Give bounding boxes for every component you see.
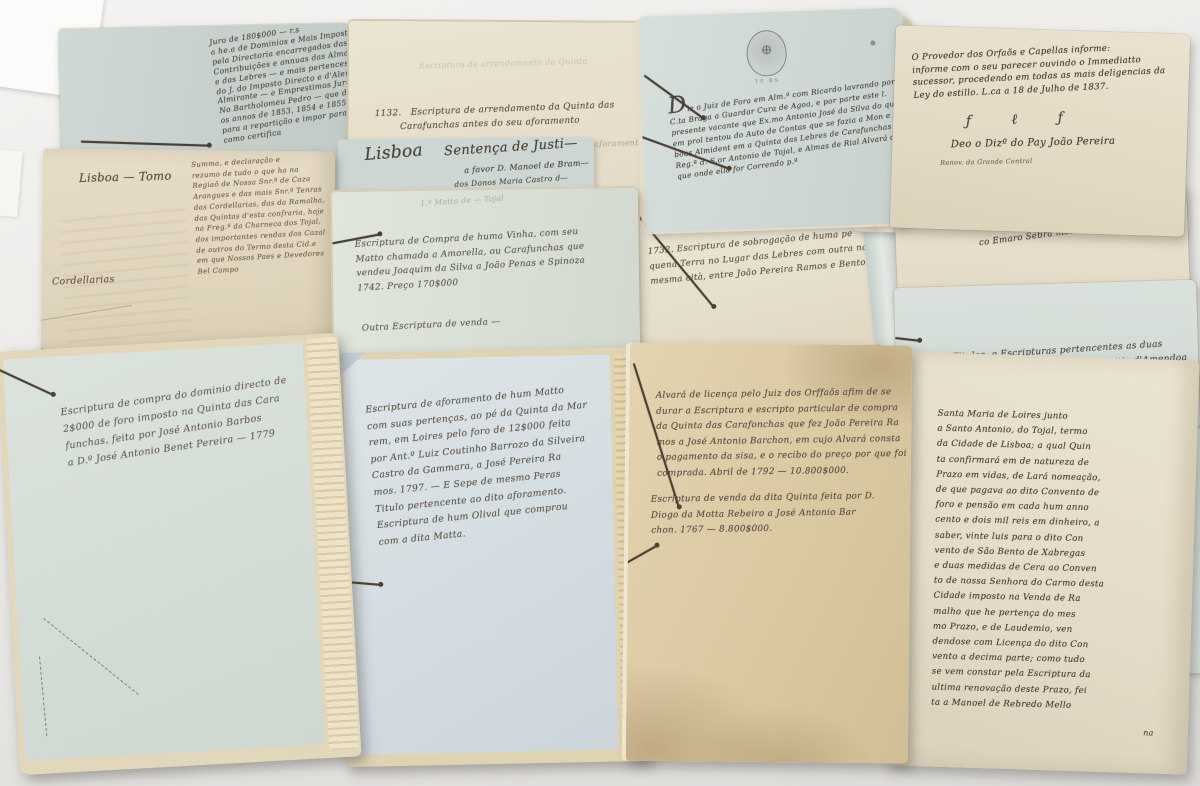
manuscript-lisboa-tomo-cream: Lisboa — Tomo Cordellarias Summa, e decl…: [41, 148, 335, 365]
header-line: Lisboa — Tomo: [79, 169, 172, 185]
bleedthrough-text: Escriptura de arrendamento da Quinta: [419, 55, 639, 70]
handwriting-block: Diz o Juiz de Fora em Alm.ª com Ricardo …: [667, 72, 902, 182]
handwriting-block: Escriptura de aforamento de hum Matto co…: [365, 376, 643, 551]
manuscript-dominio-blue: Escriptura de compra do dominio directo …: [0, 333, 362, 775]
photo-of-manuscripts: Juro de 180$000 — r.s a he.a de Dominios…: [0, 0, 1200, 786]
binding-thread: [626, 545, 657, 566]
signature-line: Deo o Dizº do Pay João Pereira: [951, 136, 1116, 150]
corner-fold: [338, 352, 368, 379]
handwriting-block: Santa Maria de Loires junto a Santo Anto…: [931, 407, 1166, 716]
handwriting-block: Escriptura de Compra de huma Vinha, com …: [354, 222, 629, 296]
signature-subscript: Renov. da Grande Central: [940, 157, 1032, 167]
manuscript-alvara-tan: Alvará de licença pelo Juiz dos Orffaõs …: [626, 343, 912, 764]
faint-header: 1.ª Matta de — Tojal: [420, 193, 504, 208]
place-word: Lisboa: [364, 140, 424, 165]
seal-caption: 10 RS: [743, 77, 793, 85]
punch-hole: [870, 40, 875, 45]
manuscript-provedor-cream: O Provedor dos Orfaõs e Capellas informe…: [890, 25, 1190, 236]
paper-seal-stamp: ⊕ 10 RS: [741, 29, 793, 85]
manuscript-sealed-blue: ⊕ 10 RS Diz o Juiz de Fora em Alm.ª com …: [638, 7, 909, 232]
binding-thread: [894, 336, 919, 341]
handwriting-block: Juro de 180$000 — r.s a he.a de Dominios…: [209, 23, 356, 146]
handwriting-block: 1132. Escriptura de arrendamento da Quin…: [375, 97, 644, 135]
handwriting-block: Escriptura de venda da dita Quinta feita…: [651, 489, 894, 540]
handwriting-block: 1732. Escriptura de sobrogação de huma p…: [647, 224, 892, 290]
manuscript-aforamento-blue: Escriptura de aforamento de hum Matto co…: [338, 347, 651, 767]
seal-emblem: ⊕: [746, 30, 788, 77]
handwriting-block: O Provedor dos Orfaõs e Capellas informe…: [911, 39, 1181, 102]
sub-line: a favor D. Manoel de Bram—: [464, 158, 589, 175]
title-line: Sentença de Justi—: [444, 137, 578, 160]
handwriting-block: Alvará de licença pelo Juiz dos Orffaõs …: [656, 385, 899, 482]
handwriting-block: Summa, e declaração e rezumo de tudo o q…: [191, 152, 335, 278]
seal-glyph: ⊕: [747, 42, 786, 59]
ink-bleedthrough: [59, 204, 194, 361]
rubric-flourishes: ƒ ℓ ƒ: [966, 109, 1082, 130]
footer-line: Outra Escriptura de venda —: [362, 317, 501, 334]
manuscript-prazo-cream: Santa Maria de Loires junto a Santo Anto…: [887, 351, 1200, 774]
binding-thread: [81, 141, 209, 147]
loose-page-edge: [0, 149, 23, 217]
catchword: na: [1143, 728, 1154, 737]
sub-line: dos Donos Maria Castro d—: [454, 173, 568, 189]
manuscript-vinha-green: 1.ª Matta de — Tojal Escriptura de Compr…: [332, 188, 640, 370]
